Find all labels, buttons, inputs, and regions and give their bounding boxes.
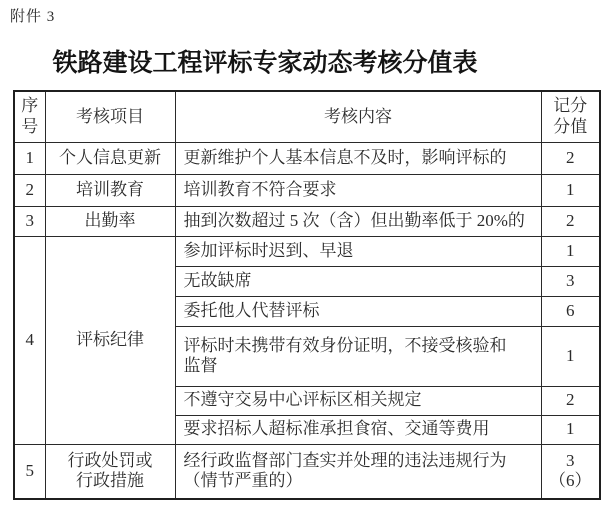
cell-serial: 2 [14,174,45,206]
cell-item: 培训教育 [45,174,175,206]
cell-score: 3 （6） [541,444,600,499]
cell-score: 6 [541,296,600,326]
cell-content: 更新维护个人基本信息不及时，影响评标的 [175,142,541,174]
table-header-row: 序 号 考核项目 考核内容 记分 分值 [14,91,600,142]
cell-item: 评标纪律 [45,236,175,444]
cell-content: 经行政监督部门查实并处理的违法违规行为 （情节严重的） [175,444,541,499]
cell-item: 个人信息更新 [45,142,175,174]
cell-content: 无故缺席 [175,266,541,296]
cell-score: 3 [541,266,600,296]
cell-item: 出勤率 [45,206,175,236]
header-score-value: 记分 分值 [541,91,600,142]
score-table: 序 号 考核项目 考核内容 记分 分值 1 个人信息更新 更新维护个人基本信息不… [13,90,601,500]
table-row: 3 出勤率 抽到次数超过 5 次（含）但出勤率低于 20%的 2 [14,206,600,236]
attachment-label: 附件 3 [10,5,55,26]
cell-content: 参加评标时迟到、早退 [175,236,541,266]
cell-content: 抽到次数超过 5 次（含）但出勤率低于 20%的 [175,206,541,236]
cell-score: 1 [541,326,600,386]
header-assessment-content: 考核内容 [175,91,541,142]
cell-content: 委托他人代替评标 [175,296,541,326]
page-title: 铁路建设工程评标专家动态考核分值表 [0,43,530,79]
cell-score: 1 [541,236,600,266]
cell-score: 2 [541,142,600,174]
header-serial-number: 序 号 [14,91,45,142]
cell-serial: 3 [14,206,45,236]
cell-serial: 4 [14,236,45,444]
cell-content: 不遵守交易中心评标区相关规定 [175,386,541,415]
cell-score: 1 [541,174,600,206]
cell-content: 培训教育不符合要求 [175,174,541,206]
table-row: 5 行政处罚或 行政措施 经行政监督部门查实并处理的违法违规行为 （情节严重的）… [14,444,600,499]
cell-item: 行政处罚或 行政措施 [45,444,175,499]
table-row: 4 评标纪律 参加评标时迟到、早退 1 [14,236,600,266]
table-row: 2 培训教育 培训教育不符合要求 1 [14,174,600,206]
document-page: 附件 3 铁路建设工程评标专家动态考核分值表 序 号 考核项目 考核内容 记分 … [0,0,610,507]
header-assessment-item: 考核项目 [45,91,175,142]
cell-content: 评标时未携带有效身份证明，不接受核验和 监督 [175,326,541,386]
cell-serial: 1 [14,142,45,174]
cell-content: 要求招标人超标准承担食宿、交通等费用 [175,415,541,444]
table-row: 1 个人信息更新 更新维护个人基本信息不及时，影响评标的 2 [14,142,600,174]
cell-score: 2 [541,206,600,236]
cell-score: 2 [541,386,600,415]
cell-serial: 5 [14,444,45,499]
cell-score: 1 [541,415,600,444]
